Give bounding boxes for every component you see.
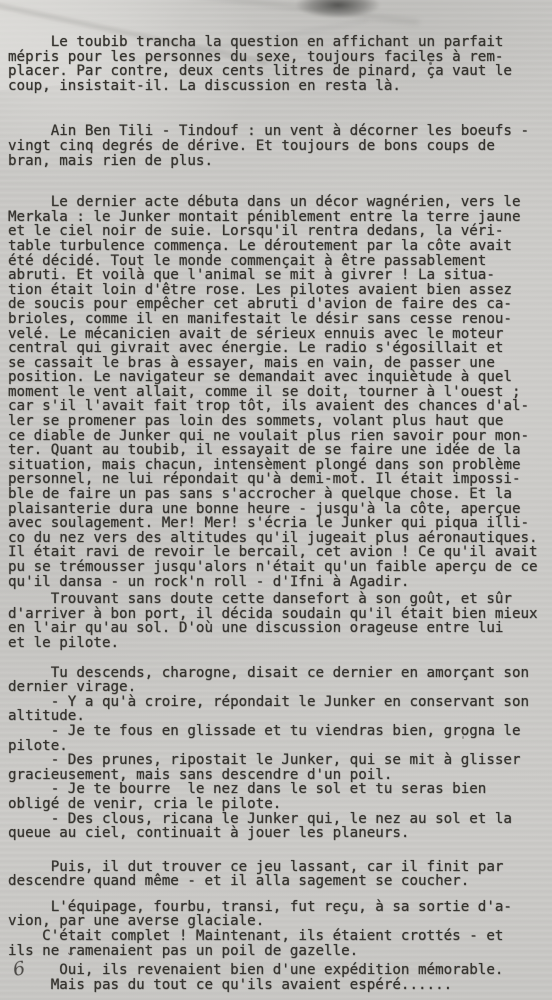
paper-crease — [121, 0, 419, 24]
paragraph-puis: Puis, il dut trouver ce jeu lassant, car… — [8, 860, 552, 889]
pencil-correction-mark: ˘ — [66, 951, 75, 969]
paragraph-ain-ben-tili: Ain Ben Tili - Tindouf : un vent à décor… — [8, 124, 552, 168]
paragraph-dialogue: Tu descends, charogne, disait ce dernier… — [8, 666, 552, 841]
paragraph-toubib: Le toubib trancha la question en afficha… — [8, 35, 552, 93]
scanned-document-page: Le toubib trancha la question en afficha… — [0, 0, 552, 1000]
paragraph-dernier-acte: Le dernier acte débuta dans un décor wag… — [8, 195, 552, 589]
paragraph-equipage: L'équipage, fourbu, transi, fut reçu, à … — [8, 900, 552, 958]
typewritten-text-block: Le toubib trancha la question en afficha… — [8, 35, 552, 992]
ink-smudge — [296, 0, 380, 18]
paragraph-conclusion: Oui, ils revenaient bien d'une expéditio… — [8, 963, 552, 992]
paragraph-trouvant: Trouvant sans doute cette dansefort à so… — [8, 592, 552, 650]
